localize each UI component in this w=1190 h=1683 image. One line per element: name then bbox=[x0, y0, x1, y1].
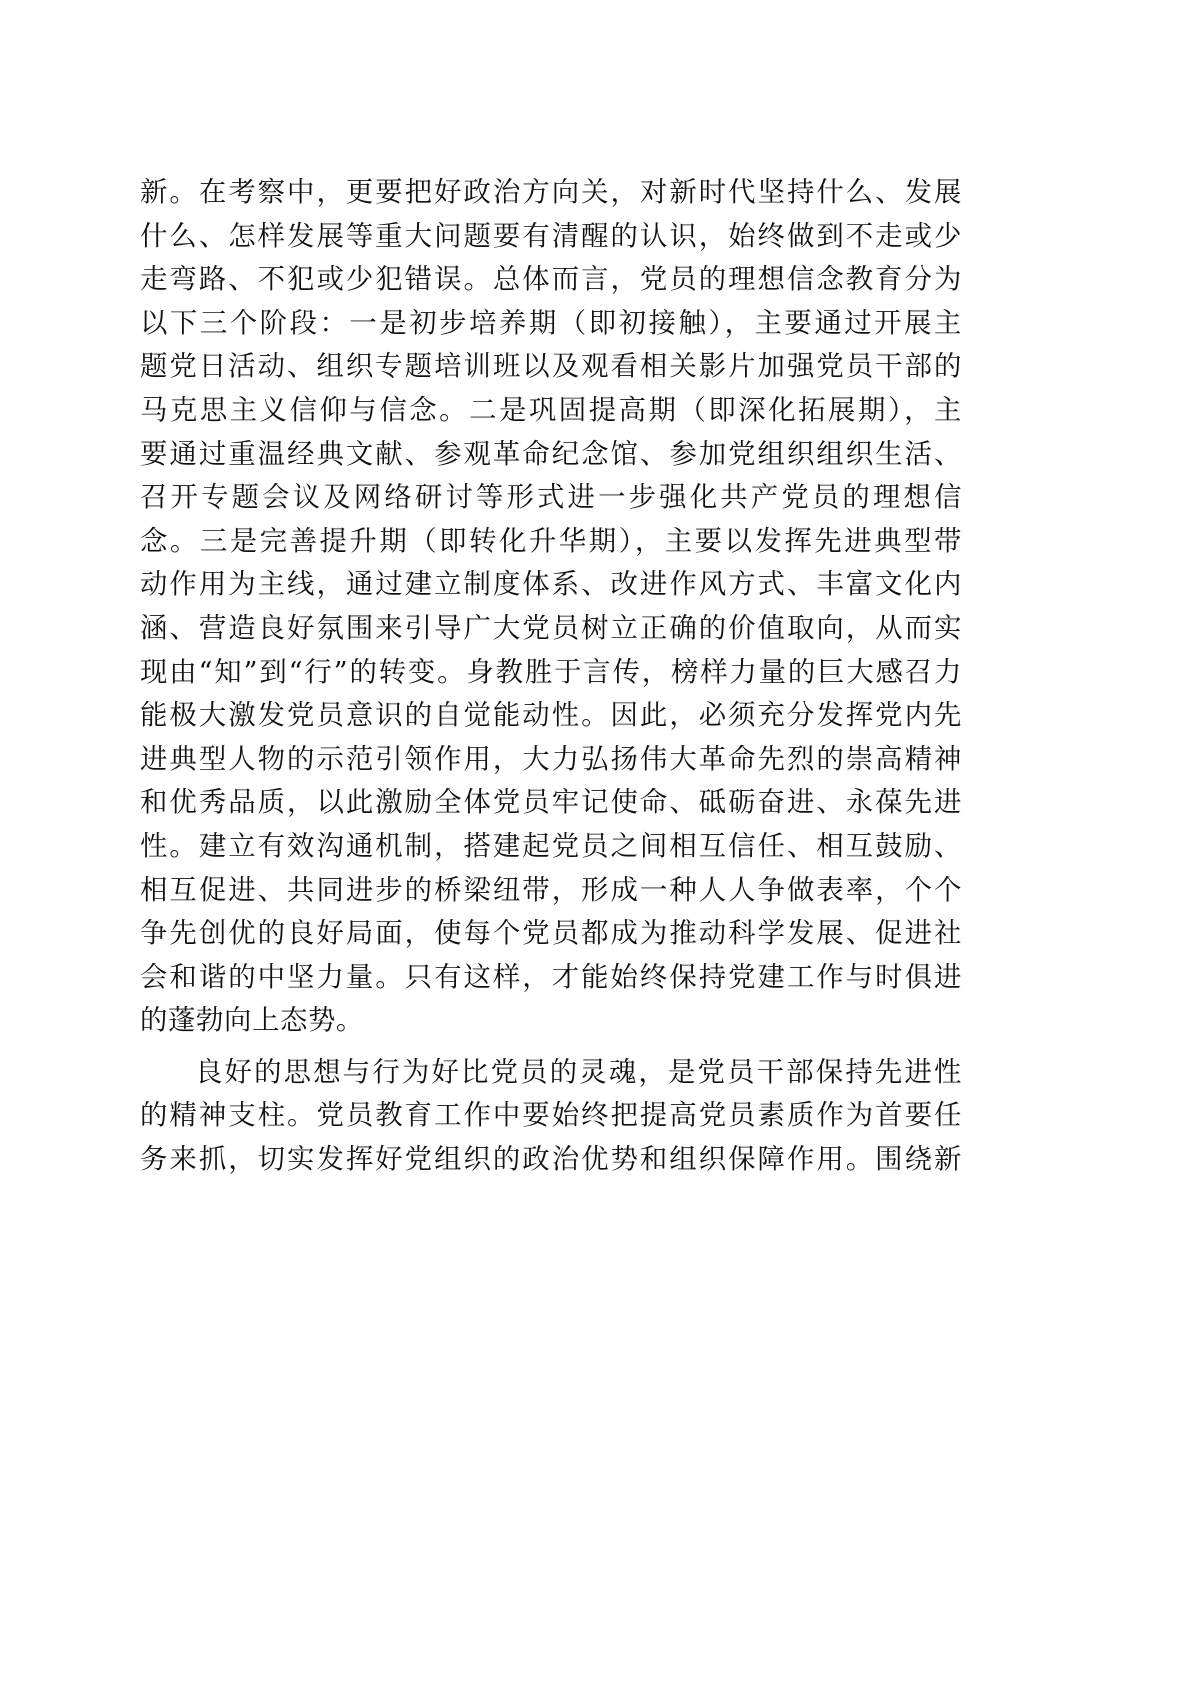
text-line: 良好的思想与行为好比党员的灵魂，是党员干部保持先进性 bbox=[140, 1051, 962, 1095]
text-line: 走弯路、不犯或少犯错误。总体而言，党员的理想信念教育分为 bbox=[140, 258, 962, 302]
text-line: 马克思主义信仰与信念。二是巩固提高期（即深化拓展期），主 bbox=[140, 389, 962, 433]
text-line: 念。三是完善提升期（即转化升华期），主要以发挥先进典型带 bbox=[140, 520, 962, 564]
text-line: 性。建立有效沟通机制，搭建起党员之间相互信任、相互鼓励、 bbox=[140, 825, 962, 869]
text-line: 能极大激发党员意识的自觉能动性。因此，必须充分发挥党内先 bbox=[140, 694, 962, 738]
paragraph-1: 新。在考察中，更要把好政治方向关，对新时代坚持什么、发展 什么、怎样发展等重大问… bbox=[140, 171, 962, 1043]
paragraph-gap bbox=[140, 1043, 962, 1051]
text-line: 新。在考察中，更要把好政治方向关，对新时代坚持什么、发展 bbox=[140, 171, 962, 215]
paragraph-2: 良好的思想与行为好比党员的灵魂，是党员干部保持先进性 的精神支柱。党员教育工作中… bbox=[140, 1051, 962, 1182]
text-line: 以下三个阶段：一是初步培养期（即初接触），主要通过开展主 bbox=[140, 302, 962, 346]
text-line: 和优秀品质，以此激励全体党员牢记使命、砥砺奋进、永葆先进 bbox=[140, 781, 962, 825]
text-line: 的蓬勃向上态势。 bbox=[140, 999, 962, 1043]
text-line: 进典型人物的示范引领作用，大力弘扬伟大革命先烈的崇高精神 bbox=[140, 738, 962, 782]
text-line: 涵、营造良好氛围来引导广大党员树立正确的价值取向，从而实 bbox=[140, 607, 962, 651]
text-line: 题党日活动、组织专题培训班以及观看相关影片加强党员干部的 bbox=[140, 345, 962, 389]
text-line: 的精神支柱。党员教育工作中要始终把提高党员素质作为首要任 bbox=[140, 1094, 962, 1138]
text-line: 现由“知”到“行”的转变。身教胜于言传，榜样力量的巨大感召力 bbox=[140, 651, 962, 695]
text-line: 务来抓，切实发挥好党组织的政治优势和组织保障作用。围绕新 bbox=[140, 1138, 962, 1182]
text-line: 召开专题会议及网络研讨等形式进一步强化共产党员的理想信 bbox=[140, 476, 962, 520]
text-line: 什么、怎样发展等重大问题要有清醒的认识，始终做到不走或少 bbox=[140, 215, 962, 259]
text-line: 要通过重温经典文献、参观革命纪念馆、参加党组织组织生活、 bbox=[140, 433, 962, 477]
text-line: 动作用为主线，通过建立制度体系、改进作风方式、丰富文化内 bbox=[140, 563, 962, 607]
document-page: 新。在考察中，更要把好政治方向关，对新时代坚持什么、发展 什么、怎样发展等重大问… bbox=[140, 171, 962, 1182]
text-line: 争先创优的良好局面，使每个党员都成为推动科学发展、促进社 bbox=[140, 912, 962, 956]
text-line: 会和谐的中坚力量。只有这样，才能始终保持党建工作与时俱进 bbox=[140, 956, 962, 1000]
text-line: 相互促进、共同进步的桥梁纽带，形成一种人人争做表率，个个 bbox=[140, 869, 962, 913]
